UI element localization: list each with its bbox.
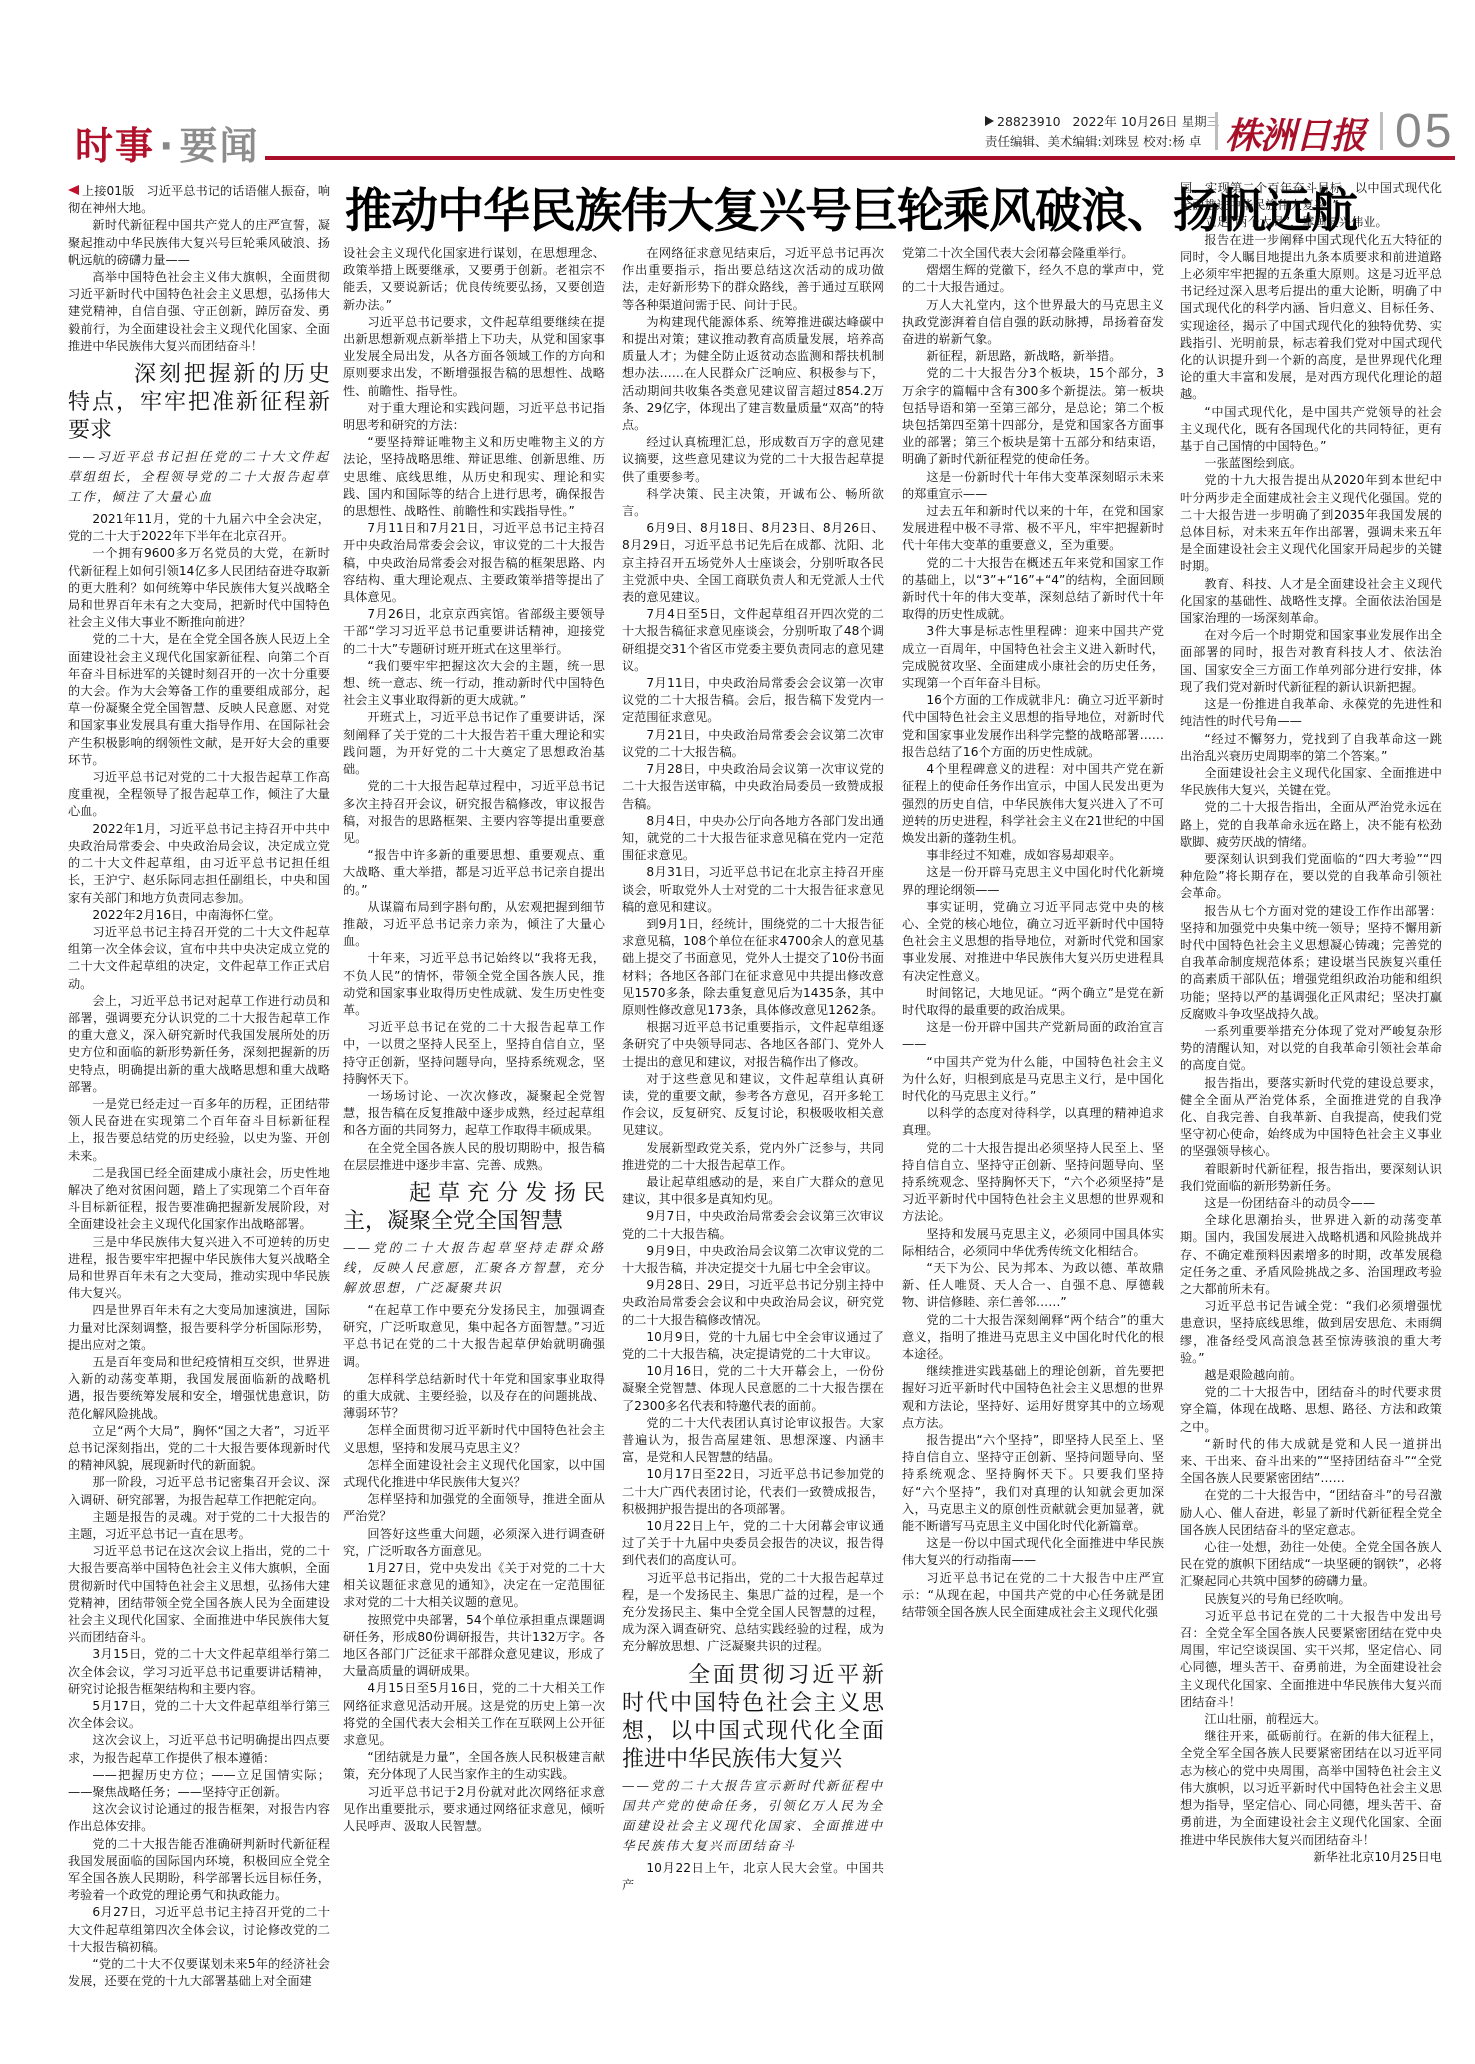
paragraph: 习近平总书记在党的二十大报告中发出号召：全党全军全国各族人民要紧密团结在党中央周… (1180, 1608, 1442, 1711)
paragraph: 为构建现代能源体系、统筹推进碳达峰碳中和提出对策；建议推动教育高质量发展，培养高… (622, 314, 884, 434)
paragraph: 十年来，习近平总书记始终以“我将无我，不负人民”的情怀，带领全党全国各族人民，推… (343, 950, 605, 1019)
paragraph: 党的十九大报告提出从2020年到本世纪中叶分两步走全面建成社会主义现代化强国。党… (1180, 472, 1442, 575)
article-column-5: 国、实现第二个百年奋斗目标，以中国式现代化全面推进中华民族伟大复兴。”立足“两个… (1180, 180, 1442, 2064)
paragraph: 这是一份推进自我革命、永葆党的先进性和纯洁性的时代号角—— (1180, 696, 1442, 730)
paragraph: 党的二十大报告提出必须坚持人民至上、坚持自信自立、坚持守正创新、坚持问题导向、坚… (902, 1140, 1164, 1226)
paragraph: 9月9日，中央政治局会议第二次审议党的二十大报告稿，并决定提交十九届七中全会审议… (622, 1243, 884, 1277)
paragraph: 7月28日，中央政治局会议第一次审议党的二十大报告送审稿，中央政治局委员一致赞成… (622, 761, 884, 813)
paragraph: 教育、科技、人才是全面建设社会主义现代化国家的基础性、战略性支撑。全面依法治国是… (1180, 576, 1442, 628)
paragraph: 经过认真梳理汇总，形成数百万字的意见建议摘要，这些意见建议为党的二十大报告起草提… (622, 434, 884, 486)
newspaper-logo: 株洲日报 (1225, 108, 1365, 159)
paragraph: 新征程，新思路，新战略，新举措。 (902, 348, 1164, 365)
paragraph: 国、实现第二个百年奋斗目标，以中国式现代化全面推进中华民族伟大复兴。” (1180, 180, 1442, 214)
issue-line: 28823910 2022年 10月26日 星期三 (985, 112, 1219, 132)
paragraph: “在起草工作中要充分发扬民主，加强调查研究，广泛听取意见，集中起各方面智慧。”习… (343, 1302, 605, 1371)
paragraph: 立足“两个大局”，擘画复兴伟业。 (1180, 214, 1442, 231)
paragraph: 10月17日至22日，习近平总书记参加党的二十大广西代表团讨论，代表们一致赞成报… (622, 1466, 884, 1518)
paragraph: 民族复兴的号角已经吹响。 (1180, 1591, 1442, 1608)
paragraph: 党的二十大报告深刻阐释“两个结合”的重大意义，指明了推进马克思主义中国化时代化的… (902, 1312, 1164, 1364)
paragraph: 着眼新时代新征程，报告指出，要深刻认识我们党面临的新形势新任务。 (1180, 1161, 1442, 1195)
page-header: 时事·要闻 28823910 2022年 10月26日 星期三 责任编辑、美术编… (0, 0, 1475, 170)
section-subheading: ——党的二十大报告起草坚持走群众路线，反映人民意愿，汇聚各方智慧，充分解放思想，… (343, 1238, 605, 1298)
paragraph: 二是我国已经全面建成小康社会，历史性地解决了绝对贫困问题，踏上了实现第二个百年奋… (68, 1165, 330, 1234)
paragraph: “经过不懈努力，党找到了自我革命这一跳出治乱兴衰历史周期率的第二个答案。” (1180, 731, 1442, 765)
paragraph: 10月22日上午，北京人民大会堂。中国共产 (622, 1860, 884, 1894)
paragraph: 党的二十大报告中，团结奋斗的时代要求贯穿全篇，体现在战略、思想、路径、方法和政策… (1180, 1384, 1442, 1436)
paragraph: 党的二十大，是在全党全国各族人民迈上全面建设社会主义现代化国家新征程、向第二个百… (68, 631, 330, 769)
paragraph: “中国式现代化，是中国共产党领导的社会主义现代化，既有各国现代化的共同特征，更有… (1180, 404, 1442, 456)
paragraph: 党的二十大报告指出，全面从严治党永远在路上，党的自我革命永远在路上，决不能有松劲… (1180, 799, 1442, 851)
paragraph: 7月26日，北京京西宾馆。省部级主要领导干部“学习习近平总书记重要讲话精神，迎接… (343, 606, 605, 658)
paragraph: 万人大礼堂内，这个世界最大的马克思主义执政党澎湃着自信自强的跃动脉搏，昂扬着奋发… (902, 297, 1164, 349)
section-title: 时事·要闻 (75, 115, 259, 170)
paragraph: 开班式上，习近平总书记作了重要讲话，深刻阐释了关于党的二十大报告若干重大理论和实… (343, 709, 605, 778)
paragraph: 10月22日上午，党的二十大闭幕会审议通过了关于十九届中央委员会报告的决议，报告… (622, 1518, 884, 1570)
paragraph: 这是一份新时代十年伟大变革深刻昭示未来的郑重宣示—— (902, 469, 1164, 503)
paragraph: 在网络征求意见结束后，习近平总书记再次作出重要指示，指出要总结这次活动的成功做法… (622, 245, 884, 314)
paragraph: 全球化思潮抬头，世界进入新的动荡变革期。国内，我国发展进入战略机遇和风险挑战并存… (1180, 1212, 1442, 1298)
paragraph: 这次会议上，习近平总书记明确提出四点要求，为报告起草工作提供了根本遵循： (68, 1732, 330, 1766)
paragraph: 事非经过不知难，成如容易却艰辛。 (902, 847, 1164, 864)
paragraph: 16个方面的工作成就非凡：确立习近平新时代中国特色社会主义思想的指导地位，对新时… (902, 692, 1164, 761)
paragraph: 发展新型政党关系，党内外广泛参与，共同推进党的二十大报告起草工作。 (622, 1140, 884, 1174)
section-heading: 全面贯彻习近平新时代中国特色社会主义思想，以中国式现代化全面推进中华民族伟大复兴 (622, 1662, 884, 1774)
paragraph: 新时代新征程中国共产党人的庄严宣誓，凝聚起推动中华民族伟大复兴号巨轮乘风破浪、扬… (68, 217, 330, 269)
paragraph: 回答好这些重大问题，必须深入进行调查研究，广泛听取各方面意见。 (343, 1526, 605, 1560)
paragraph: 这是一份开辟中国共产党新局面的政治宣言—— (902, 1019, 1164, 1053)
paragraph: 怎样坚持和加强党的全面领导，推进全面从严治党？ (343, 1491, 605, 1525)
paragraph: 继续推进实践基础上的理论创新，首先要把握好习近平新时代中国特色社会主义思想的世界… (902, 1363, 1164, 1432)
paragraph: 7月4日至5日，文件起草组召开四次党的二十大报告稿征求意见座谈会，分别听取了48… (622, 606, 884, 675)
section-subheading: ——习近平总书记担任党的二十大文件起草组组长，全程领导党的二十大报告起草工作，倾… (68, 447, 330, 507)
continued-from-note: 上接01版 习近平总书记的话语催人振奋，响彻在神州大地。 (68, 183, 330, 217)
paragraph: 对于这些意见和建议，文件起草组认真研读，党的重要文献，参考各方意见，召开多轮工作… (622, 1071, 884, 1140)
paragraph: 习近平总书记在党的二十大报告中庄严宣示：“从现在起，中国共产党的中心任务就是团结… (902, 1570, 1164, 1622)
paragraph: 7月11日，中央政治局常委会会议第一次审议党的二十大报告稿。会后，报告稿下发党内… (622, 675, 884, 727)
paragraph: 一张蓝图绘到底。 (1180, 455, 1442, 472)
paragraph: 立足“两个大局”，胸怀“国之大者”，习近平总书记深刻指出，党的二十大报告要体现新… (68, 1423, 330, 1475)
article-column-2: 设社会主义现代化国家进行谋划，在思想理念、政策举措上既要继承，又要勇于创新。老祖… (343, 245, 605, 2064)
paragraph: 主题是报告的灵魂。对于党的二十大报告的主题，习近平总书记一直在思考。 (68, 1509, 330, 1543)
paragraph: 要深刻认识到我们党面临的“四大考验”“四种危险”将长期存在，要以党的自我革命引领… (1180, 851, 1442, 903)
paragraph: 6月9日、8月18日、8月23日、8月26日、8月29日，习近平总书记先后在成都… (622, 520, 884, 606)
paragraph: 报告在进一步阐释中国式现代化五大特征的同时，令人瞩目地提出九条本质要求和前进道路… (1180, 232, 1442, 404)
paragraph: 高举中国特色社会主义伟大旗帜，全面贯彻习近平新时代中国特色社会主义思想，弘扬伟大… (68, 269, 330, 355)
paragraph: 党第二十次全国代表大会闭幕会隆重举行。 (902, 245, 1164, 262)
paragraph: 7月11日和7月21日，习近平总书记主持召开中央政治局常委会会议，审议党的二十大… (343, 520, 605, 606)
paragraph: 过去五年和新时代以来的十年，在党和国家发展进程中极不寻常、极不平凡，牢牢把握新时… (902, 503, 1164, 555)
paragraph: “中国共产党为什么能，中国特色社会主义为什么好，归根到底是马克思主义行，是中国化… (902, 1054, 1164, 1106)
paragraph: 在党的二十大报告中，“团结奋斗”的号召激励人心、催人奋进，彰显了新时代新征程全党… (1180, 1487, 1442, 1539)
section-title-dot: · (159, 124, 175, 168)
divider (1215, 112, 1218, 150)
paragraph: 从谋篇布局到字斟句酌，从宏观把握到细节推敲，习近平总书记亲力亲为，倾注了大量心血… (343, 899, 605, 951)
paragraph: “报告中许多新的重要思想、重要观点、重大战略、重大举措，都是习近平总书记亲自提出… (343, 847, 605, 899)
paragraph: 最让起草组感动的是，来自广大群众的意见建议，其中很多是真知灼见。 (622, 1174, 884, 1208)
paragraph: 这是一份以中国式现代化全面推进中华民族伟大复兴的行动指南—— (902, 1535, 1164, 1569)
paragraph: 这是一份开辟马克思主义中国化时代化新境界的理论纲领—— (902, 864, 1164, 898)
masthead-meta: 28823910 2022年 10月26日 星期三 责任编辑、美术编辑:刘珠昱 … (985, 112, 1219, 152)
paragraph: 四是世界百年未有之大变局加速演进，国际力量对比深刻调整，报告要科学分析国际形势，… (68, 1302, 330, 1354)
section-heading: 起草充分发扬民主，凝聚全党全国智慧 (343, 1180, 605, 1236)
dateline: 新华社北京10月25日电 (1180, 1849, 1442, 1866)
paragraph: 三是中华民族伟大复兴进入不可逆转的历史进程，报告要牢牢把握中华民族伟大复兴战略全… (68, 1234, 330, 1303)
section-heading: 深刻把握新的历史特点，牢牢把准新征程新要求 (68, 361, 330, 445)
paragraph: 怎样科学总结新时代十年党和国家事业取得的重大成就、主要经验，以及存在的问题挑战、… (343, 1371, 605, 1423)
paragraph: 一是党已经走过一百多年的历程，正团结带领人民奋进在实现第二个百年奋斗目标新征程上… (68, 1096, 330, 1165)
paragraph: 在对今后一个时期党和国家事业发展作出全面部署的同时，报告对教育科技人才、依法治国… (1180, 627, 1442, 696)
paragraph: 那一阶段，习近平总书记密集召开会议、深入调研、研究部署，为报告起草工作把舵定向。 (68, 1474, 330, 1508)
paragraph: 一场场讨论、一次次修改，凝聚起全党智慧，报告稿在反复推敲中逐步成熟，经过起草组和… (343, 1088, 605, 1140)
paragraph: 怎样全面贯彻习近平新时代中国特色社会主义思想，坚持和发展马克思主义？ (343, 1422, 605, 1456)
section-title-gray: 要闻 (179, 124, 259, 168)
paragraph: 党的二十大报告起草过程中，习近平总书记多次主持召开会议，研究报告稿修改，审议报告… (343, 778, 605, 847)
paragraph: 8月31日，习近平总书记在北京主持召开座谈会，听取党外人士对党的二十大报告征求意… (622, 864, 884, 916)
paragraph: 事实证明，党确立习近平同志党中央的核心、全党的核心地位，确立习近平新时代中国特色… (902, 899, 1164, 985)
paragraph: 习近平总书记告诫全党：“我们必须增强忧患意识，坚持底线思维，做到居安思危、未雨绸… (1180, 1298, 1442, 1367)
paragraph: 越是艰险越向前。 (1180, 1367, 1442, 1384)
paragraph: 习近平总书记主持召开党的二十大文件起草组第一次全体会议，宣布中共中央决定成立党的… (68, 924, 330, 993)
paragraph: 报告从七个方面对党的建设工作作出部署：坚持和加强党中央集中统一领导；坚持不懈用新… (1180, 903, 1442, 1023)
paragraph: 江山壮丽，前程远大。 (1180, 1711, 1442, 1728)
paragraph: 5月17日，党的二十大文件起草组举行第三次全体会议。 (68, 1698, 330, 1732)
continued-arrow-icon (68, 185, 79, 195)
page-number: 05 (1395, 104, 1454, 159)
paragraph: “团结就是力量”，全国各族人民积极建言献策，充分体现了人民当家作主的生动实践。 (343, 1749, 605, 1783)
triangle-icon (985, 116, 994, 126)
paragraph: 报告提出“六个坚持”，即坚持人民至上、坚持自信自立、坚持守正创新、坚持问题导向、… (902, 1432, 1164, 1535)
divider (1380, 112, 1383, 150)
paragraph: 习近平总书记在这次会议上指出，党的二十大报告要高举中国特色社会主义伟大旗帜，全面… (68, 1543, 330, 1646)
paragraph: 熠熠生辉的党徽下，经久不息的掌声中，党的二十大报告通过。 (902, 262, 1164, 296)
issue-code: 28823910 (997, 114, 1061, 129)
paragraph: 9月7日，中央政治局常委会会议第三次审议党的二十大报告稿。 (622, 1208, 884, 1242)
continued-from-label: 上接01版 (82, 184, 134, 198)
paragraph: 对于重大理论和实践问题，习近平总书记指明思考和研究的方法： (343, 400, 605, 434)
paragraph: 一个拥有9600多万名党员的大党，在新时代新征程上如何引领14亿多人民团结奋进夺… (68, 545, 330, 631)
section-title-red: 时事 (75, 124, 155, 168)
issue-date: 2022年 10月26日 星期三 (1073, 114, 1220, 129)
paragraph: “要坚持辩证唯物主义和历史唯物主义的方法论，坚持战略思维、辩证思维、创新思维、历… (343, 434, 605, 520)
paragraph: 这是一份团结奋斗的动员令—— (1180, 1195, 1442, 1212)
paragraph: 10月16日，党的二十大开幕会上，一份份凝聚全党智慧、体现人民意愿的二十大报告摆… (622, 1363, 884, 1415)
paragraph: 4个里程碑意义的进程：对中国共产党在新征程上的使命任务作出宣示，中国人民发出更为… (902, 761, 1164, 847)
paragraph: 科学决策、民主决策，开诚布公、畅所欲言。 (622, 486, 884, 520)
paragraph: 党的二十大报告在概述五年来党和国家工作的基础上，以“3”+“16”+“4”的结构… (902, 555, 1164, 624)
paragraph: 2021年11月，党的十九届六中全会决定，党的二十大于2022年下半年在北京召开… (68, 511, 330, 545)
paragraph: 习近平总书记指出，党的二十大报告起草过程，是一个发扬民主、集思广益的过程，是一个… (622, 1570, 884, 1656)
paragraph: 8月4日，中央办公厅向各地方各部门发出通知，就党的二十大报告征求意见稿在党内一定… (622, 813, 884, 865)
paragraph: 4月15日至5月16日，党的二十大相关工作网络征求意见活动开展。这是党的历史上第… (343, 1680, 605, 1749)
paragraph: 9月28日、29日，习近平总书记分别主持中央政治局常委会会议和中央政治局会议，研… (622, 1277, 884, 1329)
paragraph: 3月15日，党的二十大文件起草组举行第二次全体会议，学习习近平总书记重要讲话精神… (68, 1646, 330, 1698)
paragraph: ——把握历史方位；——立足国情实际；——聚焦战略任务；——坚持守正创新。 (68, 1767, 330, 1801)
article-column-4: 党第二十次全国代表大会闭幕会隆重举行。熠熠生辉的党徽下，经久不息的掌声中，党的二… (902, 245, 1164, 2064)
paragraph: 7月21日，中央政治局常委会会议第二次审议党的二十大报告稿。 (622, 727, 884, 761)
paragraph: 根据习近平总书记重要指示，文件起草组逐条研究了中央领导同志、各地区各部门、党外人… (622, 1019, 884, 1071)
paragraph: 以科学的态度对待科学，以真理的精神追求真理。 (902, 1105, 1164, 1139)
paragraph: 2022年1月，习近平总书记主持召开中共中央政治局常委会、中央政治局会议，决定成… (68, 821, 330, 907)
paragraph: 会上，习近平总书记对起草工作进行动员和部署，强调要充分认识党的二十大报告起草工作… (68, 993, 330, 1096)
paragraph: “党的二十大不仅要谋划未来5年的经济社会发展，还要在党的十九大部署基础上对全面建 (68, 1956, 330, 1990)
article-column-3: 在网络征求意见结束后，习近平总书记再次作出重要指示，指出要总结这次活动的成功做法… (622, 245, 884, 2064)
paragraph: 10月9日，党的十九届七中全会审议通过了党的二十大报告稿，决定提请党的二十大审议… (622, 1329, 884, 1363)
paragraph: 习近平总书记要求，文件起草组要继续在提出新思想新观点新举措上下功夫，从党和国家事… (343, 314, 605, 400)
paragraph: 6月27日，习近平总书记主持召开党的二十大文件起草组第四次全体会议，讨论修改党的… (68, 1904, 330, 1956)
paragraph: “天下为公、民为邦本、为政以德、革故鼎新、任人唯贤、天人合一、自强不息、厚德载物… (902, 1260, 1164, 1312)
paragraph: 党的二十大报告能否准确研判新时代新征程我国发展面临的国际国内环境，积极回应全党全… (68, 1836, 330, 1905)
paragraph: “我们要牢牢把握这次大会的主题，统一思想、统一意志、统一行动，推动新时代中国特色… (343, 658, 605, 710)
paragraph: 习近平总书记在党的二十大报告起草工作中，一以贯之坚持人民至上，坚持自信自立，坚持… (343, 1019, 605, 1088)
paragraph: 怎样全面建设社会主义现代化国家，以中国式现代化推进中华民族伟大复兴？ (343, 1457, 605, 1491)
paragraph: 坚持和发展马克思主义，必须同中国具体实际相结合，必须同中华优秀传统文化相结合。 (902, 1226, 1164, 1260)
paragraph: 五是百年变局和世纪疫情相互交织，世界进入新的动荡变革期，我国发展面临新的战略机遇… (68, 1354, 330, 1423)
paragraph: 到9月1日，经统计，围绕党的二十大报告征求意见稿，108个单位在征求4700余人… (622, 916, 884, 1019)
paragraph: 继往开来，砥砺前行。在新的伟大征程上，全党全军全国各族人民要紧密团结在以习近平同… (1180, 1728, 1442, 1848)
paragraph: 心往一处想，劲往一处使。全党全国各族人民在党的旗帜下团结成“一块坚硬的钢铁”，必… (1180, 1539, 1442, 1591)
section-subheading: ——党的二十大报告宣示新时代新征程中国共产党的使命任务，引领亿万人民为全面建设社… (622, 1776, 884, 1856)
article-column-1: 上接01版 习近平总书记的话语催人振奋，响彻在神州大地。新时代新征程中国共产党人… (68, 183, 330, 2064)
paragraph: 全面建设社会主义现代化国家、全面推进中华民族伟大复兴，关键在党。 (1180, 765, 1442, 799)
paragraph: 按照党中央部署，54个单位承担重点课题调研任务，形成80份调研报告，共计132万… (343, 1612, 605, 1681)
paragraph: 报告指出，要落实新时代党的建设总要求，健全全面从严治党体系，全面推进党的自我净化… (1180, 1075, 1442, 1161)
paragraph: 3件大事是标志性里程碑：迎来中国共产党成立一百周年，中国特色社会主义进入新时代，… (902, 623, 1164, 692)
paragraph: 时间铭记，大地见证。“两个确立”是党在新时代取得的最重要的政治成果。 (902, 985, 1164, 1019)
paragraph: 设社会主义现代化国家进行谋划，在思想理念、政策举措上既要继承，又要勇于创新。老祖… (343, 245, 605, 314)
paragraph: 党的二十大代表团认真讨论审议报告。大家普遍认为，报告高屋建瓴、思想深邃、内涵丰富… (622, 1415, 884, 1467)
paragraph: 1月27日，党中央发出《关于对党的二十大相关议题征求意见的通知》，决定在一定范围… (343, 1560, 605, 1612)
paragraph: 这次会议讨论通过的报告框架，对报告内容作出总体安排。 (68, 1801, 330, 1835)
paragraph: 习近平总书记对党的二十大报告起草工作高度重视，全程领导了报告起草工作，倾注了大量… (68, 769, 330, 821)
paragraph: 在全党全国各族人民的殷切期盼中，报告稿在层层推进中逐步丰富、完善、成熟。 (343, 1140, 605, 1174)
paragraph: “新时代的伟大成就是党和人民一道拼出来、干出来、奋斗出来的”“坚持团结奋斗”“全… (1180, 1436, 1442, 1488)
paragraph: 2022年2月16日，中南海怀仁堂。 (68, 907, 330, 924)
article-headline: 推动中华民族伟大复兴号巨轮乘风破浪、扬帆远航 (345, 174, 1145, 241)
paragraph: 党的二十大报告分3个板块，15个部分，3万余字的篇幅中含有300多个新提法。第一… (902, 365, 1164, 468)
paragraph: 习近平总书记于2月份就对此次网络征求意见作出重要批示，要求通过网络征求意见，倾听… (343, 1784, 605, 1836)
paragraph: 一系列重要举措充分体现了党对严峻复杂形势的清醒认知，对以党的自我革命引领社会革命… (1180, 1023, 1442, 1075)
editors-line: 责任编辑、美术编辑:刘珠昱 校对:杨 卓 (985, 132, 1219, 152)
